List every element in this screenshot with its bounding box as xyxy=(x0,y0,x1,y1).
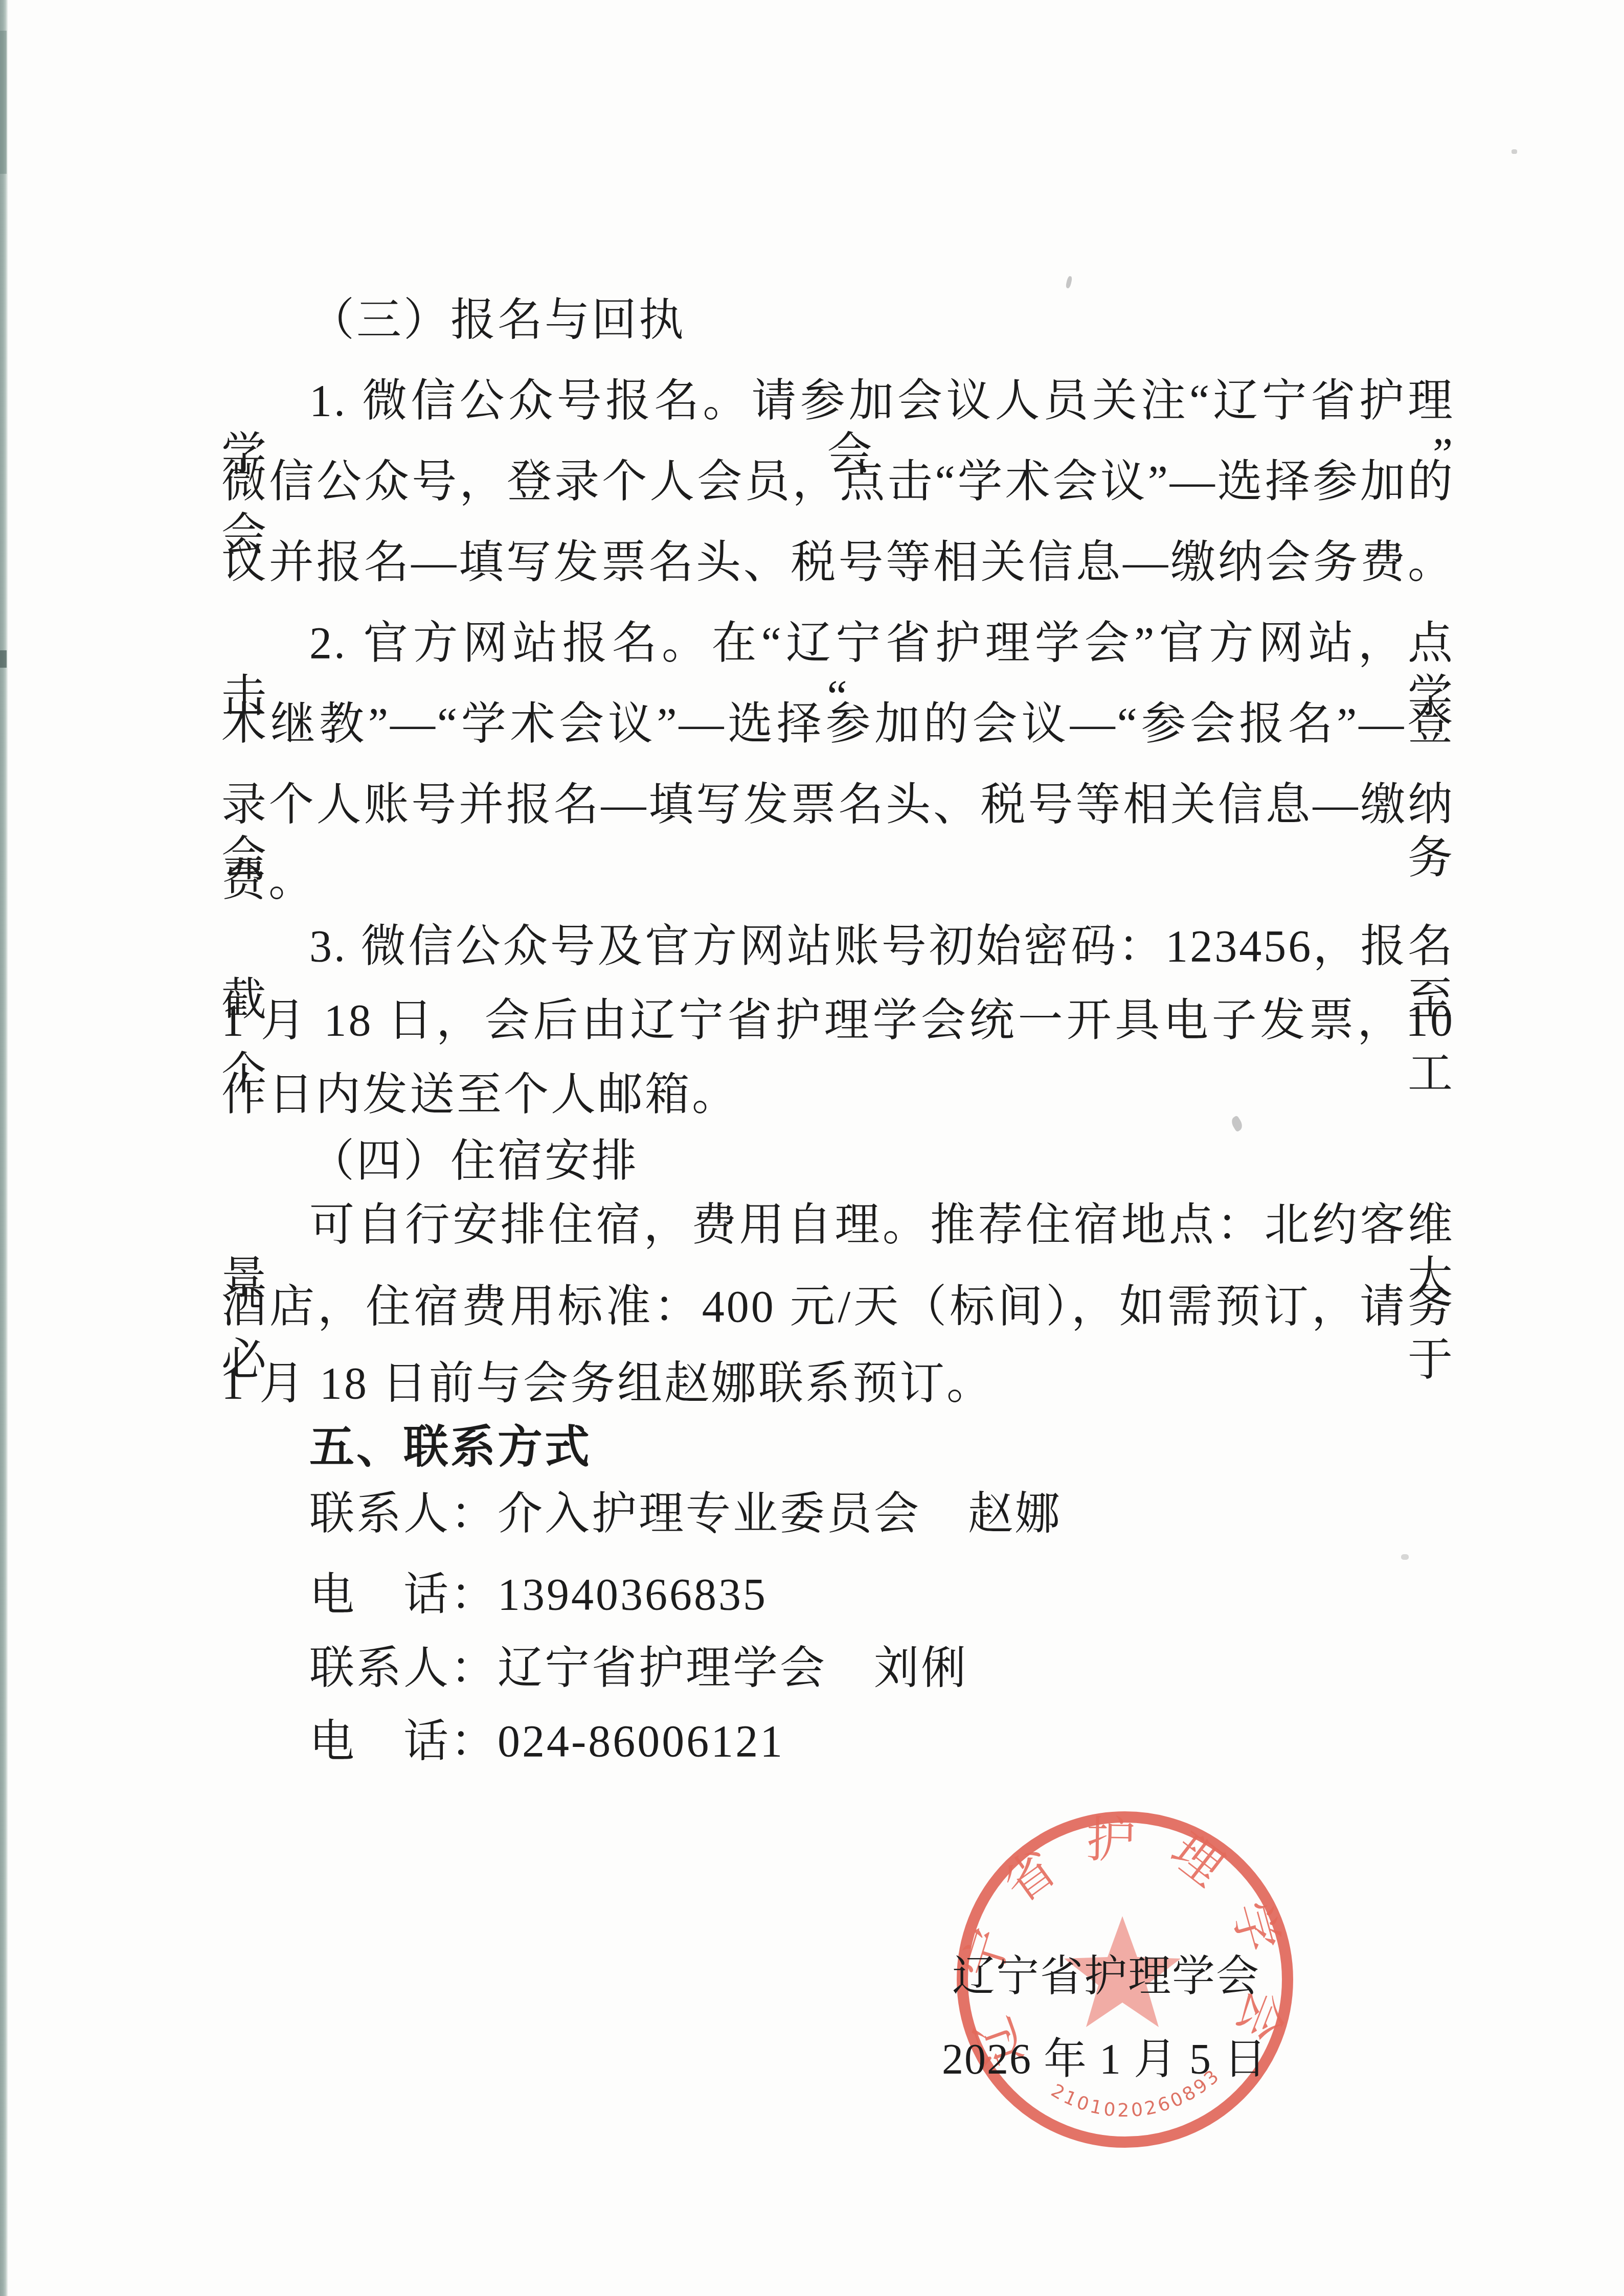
contact-line: 电 话：13940366835 xyxy=(221,1568,1455,1622)
section-heading: （四）住宿安排 xyxy=(221,1135,1455,1188)
document-page: { "doc": { "lines": [ "（三）报名与回执", "1. 微信… xyxy=(0,0,1624,2296)
scan-speck xyxy=(1512,149,1517,154)
body-line: 作日内发送至个人邮箱。 xyxy=(221,1069,1455,1122)
scan-edge-artifact xyxy=(0,0,8,2296)
contact-line: 电 话：024-86006121 xyxy=(221,1715,1455,1768)
signature-date: 2026 年 1 月 5 日 xyxy=(942,2025,1268,2086)
section-heading: （三）报名与回执 xyxy=(221,294,1455,347)
section-heading-bold: 五、联系方式 xyxy=(221,1420,1455,1473)
scan-edge-artifact xyxy=(0,31,7,174)
signature-org: 辽宁省护理学会 xyxy=(952,1942,1260,2004)
contact-line: 联系人：介入护理专业委员会 赵娜 xyxy=(221,1488,1455,1541)
body-line: 费。 xyxy=(221,854,1455,907)
scan-speck xyxy=(1065,276,1073,288)
body-line: 1 月 18 日前与会务组赵娜联系预订。 xyxy=(221,1357,1455,1411)
body-line: 议并报名—填写发票名头、税号等相关信息—缴纳会务费。 xyxy=(221,536,1455,589)
body-line: 术继教”—“学术会议”—选择参加的会议—“参会报名”—登 xyxy=(221,698,1455,751)
scan-edge-artifact xyxy=(0,650,7,668)
contact-line: 联系人：辽宁省护理学会 刘俐 xyxy=(221,1642,1455,1695)
scan-speck xyxy=(1401,1554,1409,1560)
